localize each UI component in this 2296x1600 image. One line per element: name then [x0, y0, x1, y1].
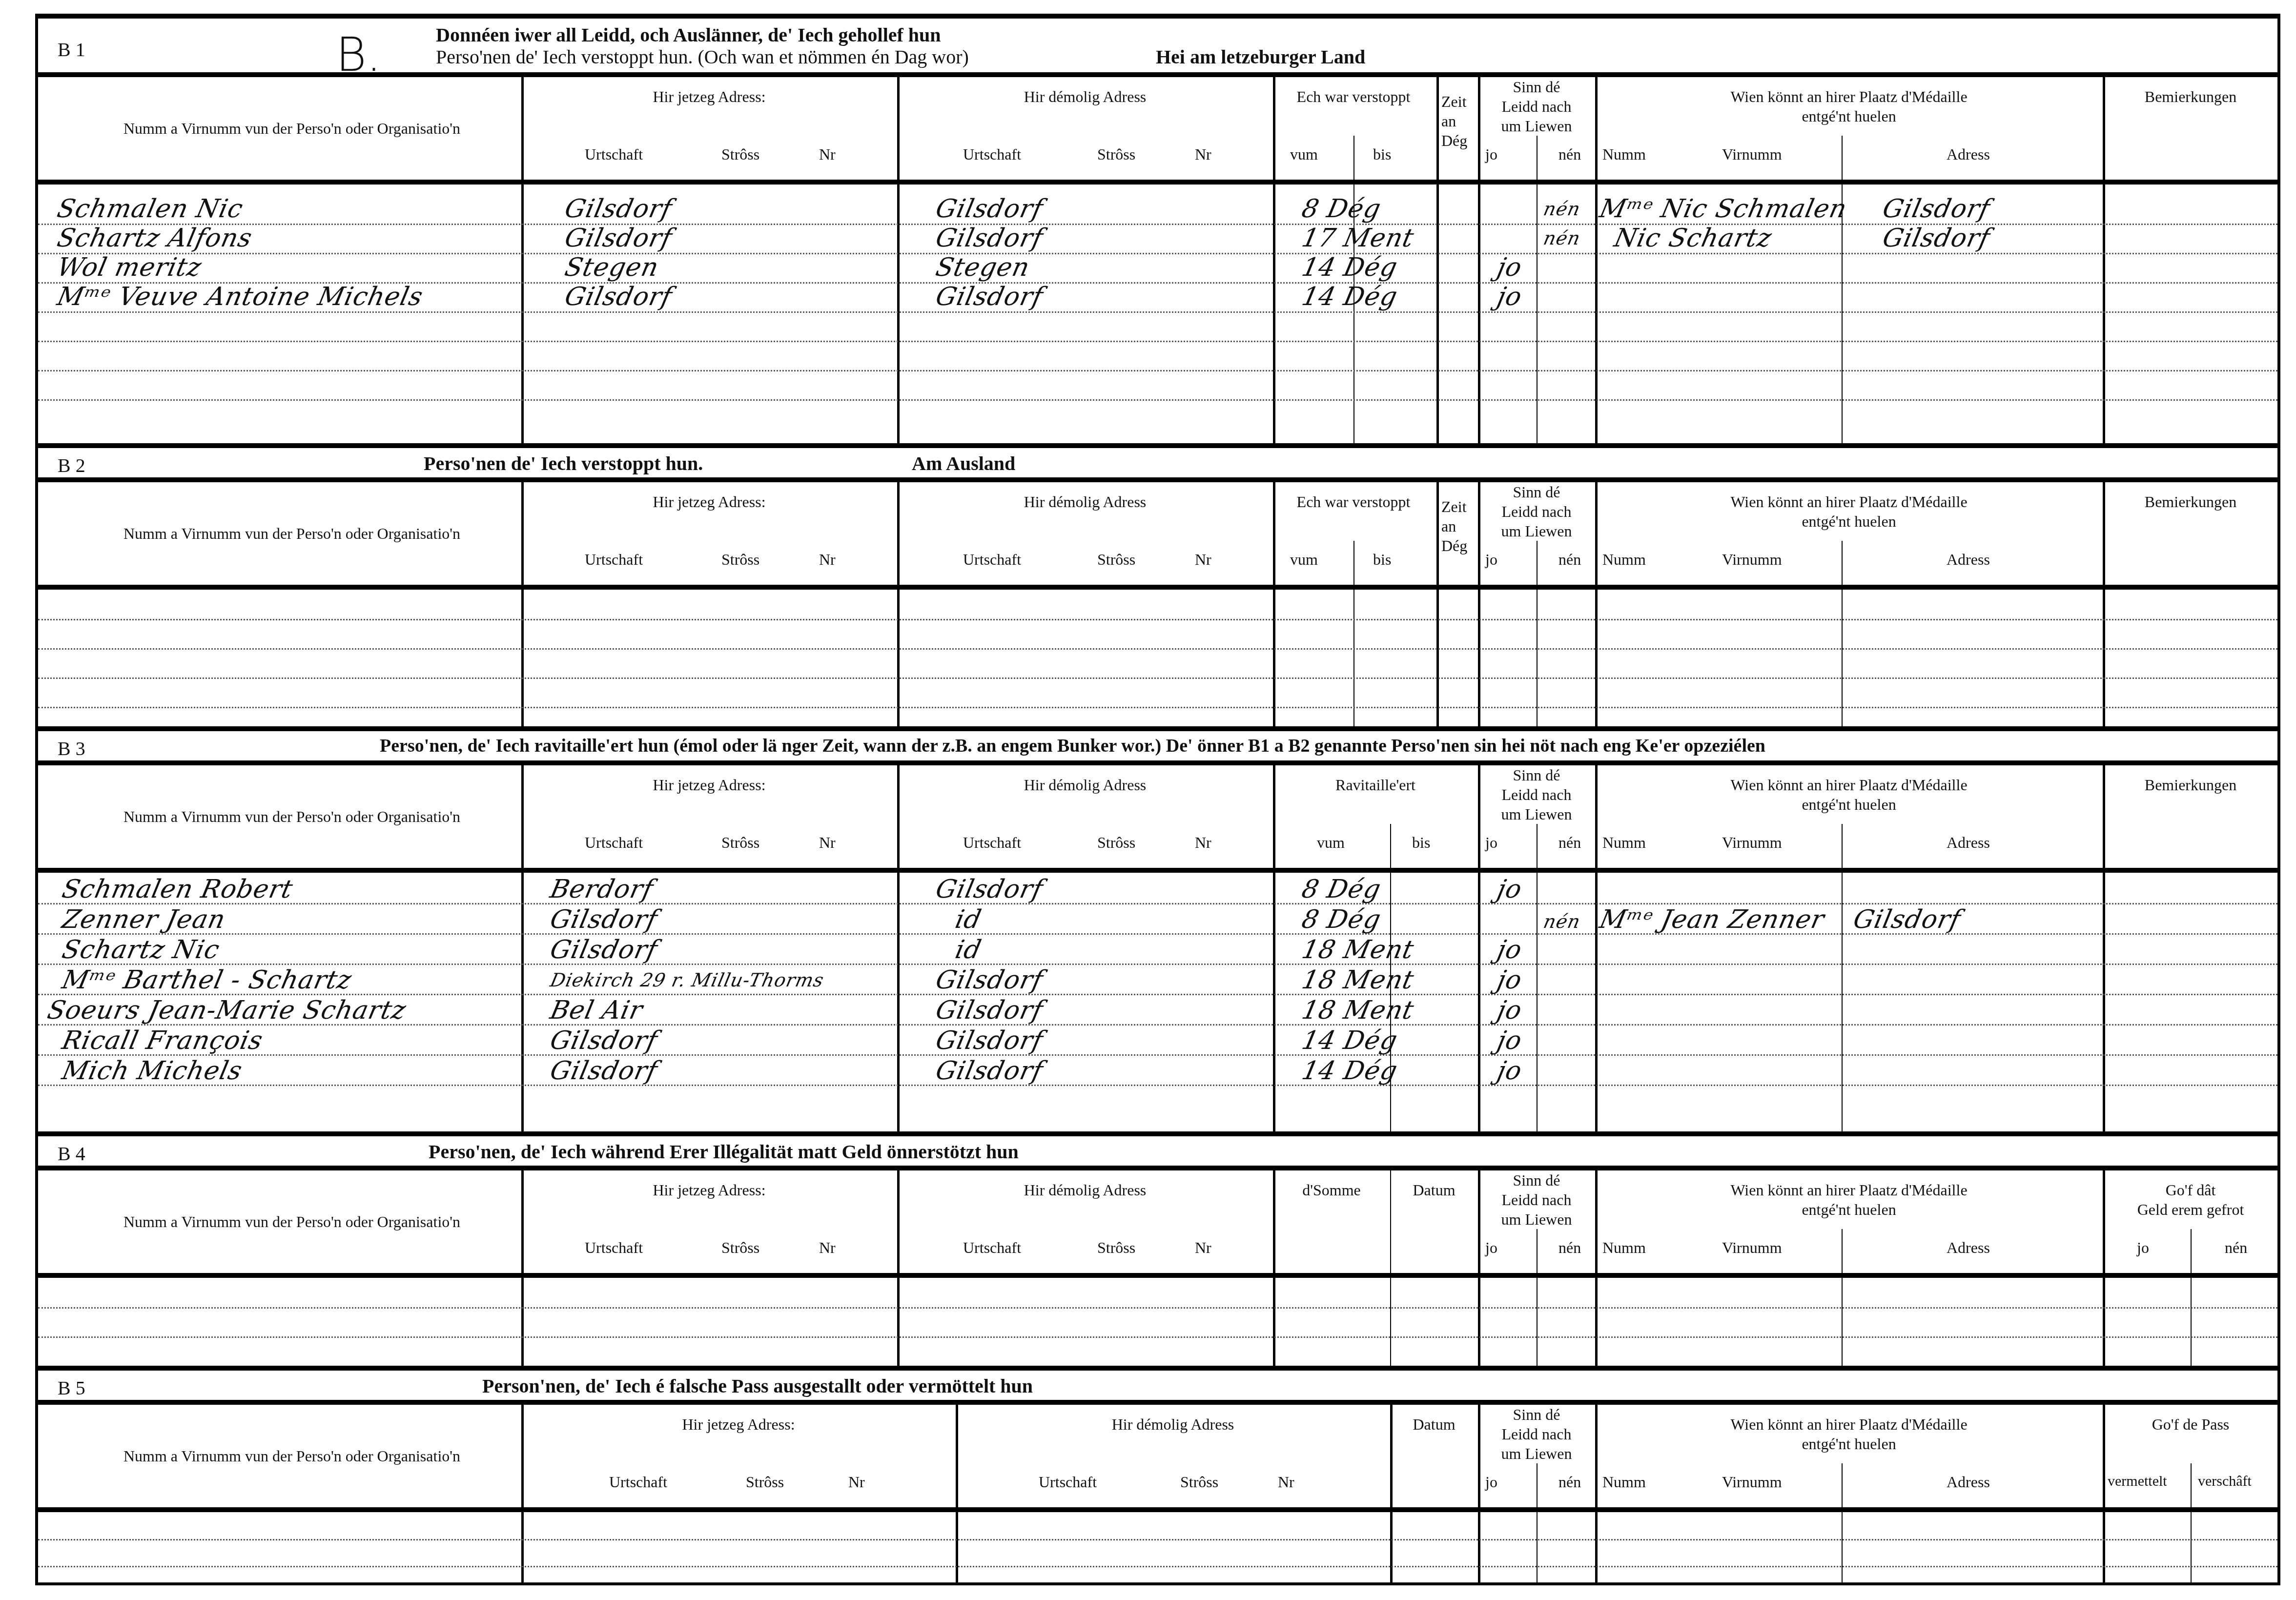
divider — [1842, 541, 1843, 585]
b2-rows — [38, 590, 2277, 726]
sub-urtschaft: Urtschaft — [963, 1239, 1021, 1257]
cell-name: Zenner Jean — [60, 905, 228, 934]
sub-numm: Numm — [1602, 551, 1646, 569]
col-medal-header: Wien könnt an hirer Plaatz d'Médailleent… — [1595, 1415, 2103, 1454]
sub-urtschaft: Urtschaft — [585, 551, 643, 569]
sub-nr: Nr — [1195, 145, 1211, 164]
sub-urtschaft: Urtschaft — [585, 1239, 643, 1257]
col-name-header: Numm a Virnumm vun der Perso'n oder Orga… — [48, 1446, 536, 1466]
sub-virnumm: Virnumm — [1722, 1473, 1782, 1491]
sub-stross: Strôss — [721, 1239, 759, 1257]
sub-jo: jo — [1485, 1239, 1497, 1257]
divider — [1537, 1463, 1537, 1507]
section-b5: B 5 Person'nen, de' Iech é falsche Pass … — [38, 1366, 2277, 1585]
cell-from: 18 Ment — [1299, 996, 1417, 1025]
cell-current-town: Gilsdorf — [562, 194, 675, 224]
cell-current-town: Stegen — [562, 253, 662, 282]
b1-rows: Schmalen Nic Gilsdorf Gilsdorf 8 Dég nén… — [38, 185, 2277, 443]
section-title: Perso'nen, de' Iech ravitaille'ert hun (… — [380, 735, 1765, 757]
section-b3: B 3 Perso'nen, de' Iech ravitaille'ert h… — [38, 726, 2277, 1131]
section-title-region: Am Ausland — [912, 452, 1015, 475]
cell-medal-name: Mᵐᵉ Nic Schmalen — [1597, 194, 1850, 224]
sub-jo: jo — [2137, 1239, 2149, 1257]
col-remarks-header: Bemierkungen — [2103, 87, 2278, 106]
divider — [1842, 1229, 1843, 1273]
sub-urtschaft: Urtschaft — [1039, 1473, 1097, 1491]
sub-adress: Adress — [1947, 1239, 1990, 1257]
cell-former-town: id — [953, 935, 984, 964]
col-sum-header: d'Somme — [1273, 1180, 1390, 1200]
cell-medal-name: Nic Schartz — [1612, 224, 1775, 253]
sub-nen: nén — [1558, 834, 1581, 852]
cell-current-town: Gilsdorf — [548, 905, 660, 934]
divider — [1353, 136, 1354, 180]
cell-from: 18 Ment — [1299, 935, 1417, 964]
col-medal-header: Wien könnt an hirer Plaatz d'Médailleent… — [1595, 1180, 2103, 1219]
cell-from: 14 Dég — [1299, 282, 1400, 311]
sub-bis: bis — [1373, 551, 1391, 569]
cell-name: Mᵐᵉ Veuve Antoine Michels — [55, 282, 426, 311]
sub-stross: Strôss — [721, 551, 759, 569]
sub-vum: vum — [1290, 551, 1318, 569]
sub-stross: Strôss — [1180, 1473, 1218, 1491]
col-supplied-header: Ravitaille'ert — [1273, 775, 1478, 795]
section-b2: B 2 Perso'nen de' Iech verstoppt hun. Am… — [38, 443, 2277, 726]
section-code: B 1 — [58, 38, 85, 61]
col-current-address-header: Hir jetzeg Adress: — [521, 775, 897, 795]
cell-alive-jo: jo — [1495, 1026, 1525, 1055]
cell-from: 17 Ment — [1299, 224, 1417, 253]
cell-medal-address: Gilsdorf — [1851, 905, 1964, 934]
sub-pass-obtained: verschâft — [2198, 1473, 2252, 1490]
b3-header-row: Numm a Virnumm vun der Perso'n oder Orga… — [38, 760, 2277, 873]
sub-stross: Strôss — [746, 1473, 784, 1491]
cell-current-town: Diekirch 29 r. Millu-Thorms — [548, 969, 826, 991]
sub-jo: jo — [1485, 1473, 1497, 1491]
divider — [1390, 824, 1391, 868]
cell-name: Schmalen Nic — [55, 194, 246, 224]
col-current-address-header: Hir jetzeg Adress: — [521, 492, 897, 512]
cell-name: Schartz Alfons — [55, 224, 255, 253]
section-b3-title-bar: B 3 Perso'nen, de' Iech ravitaille'ert h… — [38, 726, 2277, 760]
sub-nen: nén — [1558, 145, 1581, 164]
cell-alive-jo: jo — [1495, 935, 1525, 964]
sub-virnumm: Virnumm — [1722, 145, 1782, 164]
cell-former-town: Gilsdorf — [933, 1056, 1046, 1086]
divider — [1537, 541, 1537, 585]
sub-stross: Strôss — [721, 834, 759, 852]
divider — [1842, 824, 1843, 868]
sub-adress: Adress — [1947, 551, 1990, 569]
sub-adress: Adress — [1947, 1473, 1990, 1491]
cell-former-town: Gilsdorf — [933, 224, 1046, 253]
sub-virnumm: Virnumm — [1722, 834, 1782, 852]
sub-bis: bis — [1412, 834, 1430, 852]
cell-current-town: Gilsdorf — [562, 224, 675, 253]
cell-from: 18 Ment — [1299, 965, 1417, 995]
cell-former-town: Gilsdorf — [933, 194, 1046, 224]
sub-nr: Nr — [819, 834, 836, 852]
section-title-line2: Perso'nen de' Iech verstoppt hun. (Och w… — [436, 45, 969, 68]
sub-stross: Strôss — [1097, 834, 1135, 852]
sub-stross: Strôss — [1097, 1239, 1135, 1257]
sub-nen: nén — [1558, 551, 1581, 569]
cell-name: Soeurs Jean-Marie Schartz — [45, 996, 409, 1025]
cell-alive-jo: jo — [1495, 282, 1525, 311]
section-title: Person'nen, de' Iech é falsche Pass ausg… — [482, 1374, 1033, 1397]
sub-numm: Numm — [1602, 1473, 1646, 1491]
cell-medal-address: Gilsdorf — [1880, 224, 1993, 253]
sub-jo: jo — [1485, 145, 1497, 164]
section-code: B 3 — [58, 737, 85, 760]
cell-name: Schmalen Robert — [60, 875, 296, 904]
sub-nr: Nr — [1195, 551, 1211, 569]
cell-former-town: Gilsdorf — [933, 996, 1046, 1025]
col-money-header: Go'f dâtGeld erem gefrot — [2103, 1180, 2278, 1219]
sub-virnumm: Virnumm — [1722, 551, 1782, 569]
section-title: Perso'nen, de' Iech während Erer Illégal… — [429, 1140, 1019, 1163]
col-hidden-header: Ech war verstoppt — [1273, 87, 1434, 106]
col-pass-header: Go'f de Pass — [2103, 1415, 2278, 1434]
sub-numm: Numm — [1602, 145, 1646, 164]
sub-nr: Nr — [848, 1473, 865, 1491]
cell-alive-nen: nén — [1541, 227, 1582, 249]
b2-header-row: Numm a Virnumm vun der Perso'n oder Orga… — [38, 477, 2277, 590]
col-remarks-header: Bemierkungen — [2103, 775, 2278, 795]
col-name-header: Numm a Virnumm vun der Perso'n oder Orga… — [48, 807, 536, 826]
cell-alive-nen: nén — [1541, 198, 1582, 220]
divider — [2191, 1463, 2192, 1507]
col-remarks-header: Bemierkungen — [2103, 492, 2278, 512]
col-date-header: Datum — [1390, 1415, 1478, 1434]
sub-nr: Nr — [1278, 1473, 1294, 1491]
cell-from: 8 Dég — [1299, 194, 1384, 224]
section-title: Perso'nen de' Iech verstoppt hun. — [424, 452, 703, 475]
sub-numm: Numm — [1602, 1239, 1646, 1257]
sub-stross: Strôss — [721, 145, 759, 164]
sub-numm: Numm — [1602, 834, 1646, 852]
cell-from: 8 Dég — [1299, 875, 1384, 904]
cell-alive-jo: jo — [1495, 996, 1525, 1025]
cell-alive-jo: jo — [1495, 1056, 1525, 1086]
col-current-address-header: Hir jetzeg Adress: — [521, 1415, 956, 1434]
sub-nr: Nr — [1195, 834, 1211, 852]
cell-current-town: Gilsdorf — [562, 282, 675, 311]
b5-header-row: Numm a Virnumm vun der Perso'n oder Orga… — [38, 1400, 2277, 1512]
sub-nen: nén — [2225, 1239, 2247, 1257]
col-alive-header: Sinn déLeidd nachum Liewen — [1478, 482, 1595, 541]
col-former-address-header: Hir démolig Adress — [897, 492, 1273, 512]
section-code: B 2 — [58, 454, 85, 477]
cell-former-town: Gilsdorf — [933, 875, 1046, 904]
divider — [1353, 541, 1354, 585]
col-name-header: Numm a Virnumm vun der Perso'n oder Orga… — [48, 1212, 536, 1231]
col-former-address-header: Hir démolig Adress — [897, 775, 1273, 795]
cell-from: 14 Dég — [1299, 1056, 1400, 1086]
cell-alive-nen: nén — [1541, 911, 1582, 932]
b1-header-row: Numm a Virnumm vun der Perso'n oder Orga… — [38, 72, 2277, 185]
col-current-address-header: Hir jetzeg Adress: — [521, 87, 897, 106]
sub-stross: Strôss — [1097, 551, 1135, 569]
cell-alive-jo: jo — [1495, 253, 1525, 282]
sub-jo: jo — [1485, 834, 1497, 852]
sub-bis: bis — [1373, 145, 1391, 164]
sub-nr: Nr — [1195, 1239, 1211, 1257]
sub-nr: Nr — [819, 1239, 836, 1257]
sub-nr: Nr — [819, 145, 836, 164]
cell-current-town: Gilsdorf — [548, 935, 660, 964]
sub-nen: nén — [1558, 1239, 1581, 1257]
section-b1: B 1 B. Donnéen iwer all Leidd, och Auslä… — [38, 14, 2277, 443]
section-b5-title-bar: B 5 Person'nen, de' Iech é falsche Pass … — [38, 1366, 2277, 1400]
b4-rows — [38, 1278, 2277, 1366]
cell-name: Schartz Nic — [60, 935, 223, 964]
col-former-address-header: Hir démolig Adress — [897, 87, 1273, 106]
sub-urtschaft: Urtschaft — [585, 834, 643, 852]
section-b1-title-bar: B 1 B. Donnéen iwer all Leidd, och Auslä… — [38, 14, 2277, 72]
sub-nr: Nr — [819, 551, 836, 569]
section-code: B 4 — [58, 1142, 85, 1165]
b5-rows — [38, 1512, 2277, 1585]
divider — [1537, 136, 1537, 180]
col-name-header: Numm a Virnumm vun der Perso'n oder Orga… — [48, 119, 536, 138]
cell-current-town: Berdorf — [548, 875, 656, 904]
section-b4: B 4 Perso'nen, de' Iech während Erer Ill… — [38, 1131, 2277, 1366]
divider — [1842, 1463, 1843, 1507]
cell-from: 14 Dég — [1299, 1026, 1400, 1055]
sub-urtschaft: Urtschaft — [963, 834, 1021, 852]
sub-jo: jo — [1485, 551, 1497, 569]
section-b4-title-bar: B 4 Perso'nen, de' Iech während Erer Ill… — [38, 1131, 2277, 1166]
sub-pass-arranged: vermettelt — [2108, 1473, 2167, 1490]
sub-urtschaft: Urtschaft — [963, 145, 1021, 164]
col-medal-header: Wien könnt an hirer Plaatz d'Médailleent… — [1595, 775, 2103, 814]
cell-former-town: Gilsdorf — [933, 965, 1046, 995]
divider — [1537, 1229, 1537, 1273]
b4-header-row: Numm a Virnumm vun der Perso'n oder Orga… — [38, 1166, 2277, 1278]
col-former-address-header: Hir démolig Adress — [956, 1415, 1390, 1434]
col-date-header: Datum — [1390, 1180, 1478, 1200]
divider — [1842, 136, 1843, 180]
sub-vum: vum — [1317, 834, 1345, 852]
cell-former-town: id — [953, 905, 984, 934]
section-title-line1: Donnéen iwer all Leidd, och Auslänner, d… — [436, 23, 941, 46]
cell-medal-name: Mᵐᵉ Jean Zenner — [1597, 905, 1827, 934]
cell-name: Wol meritz — [55, 253, 205, 282]
sub-adress: Adress — [1947, 834, 1990, 852]
cell-name: Ricall François — [60, 1026, 266, 1055]
divider — [1436, 482, 1439, 585]
col-medal-header: Wien könnt an hirer Plaatz d'Médailleent… — [1595, 492, 2103, 531]
cell-name: Mᵐᵉ Barthel - Schartz — [60, 965, 354, 995]
divider — [1537, 824, 1537, 868]
cell-former-town: Stegen — [933, 253, 1033, 282]
cell-medal-address: Gilsdorf — [1880, 194, 1993, 224]
section-b2-title-bar: B 2 Perso'nen de' Iech verstoppt hun. Am… — [38, 443, 2277, 477]
sub-stross: Strôss — [1097, 145, 1135, 164]
cell-alive-jo: jo — [1495, 965, 1525, 995]
divider — [2191, 1229, 2192, 1273]
section-code: B 5 — [58, 1376, 85, 1399]
b3-rows: Schmalen Robert Berdorf Gilsdorf 8 Dég j… — [38, 873, 2277, 1131]
col-former-address-header: Hir démolig Adress — [897, 1180, 1273, 1200]
sub-urtschaft: Urtschaft — [609, 1473, 667, 1491]
cell-current-town: Gilsdorf — [548, 1026, 660, 1055]
sub-virnumm: Virnumm — [1722, 1239, 1782, 1257]
sub-adress: Adress — [1947, 145, 1990, 164]
sub-urtschaft: Urtschaft — [585, 145, 643, 164]
col-hidden-header: Ech war verstoppt — [1273, 492, 1434, 512]
cell-from: 14 Dég — [1299, 253, 1400, 282]
section-title-region: Hei am letzeburger Land — [1156, 45, 1365, 68]
divider — [1436, 77, 1439, 180]
cell-from: 8 Dég — [1299, 905, 1384, 934]
col-days-header: ZeitanDég — [1441, 92, 1480, 150]
cell-current-town: Bel Air — [548, 996, 646, 1025]
col-medal-header: Wien könnt an hirer Plaatz d'Médailleent… — [1595, 87, 2103, 126]
sub-urtschaft: Urtschaft — [963, 551, 1021, 569]
col-days-header: ZeitanDég — [1441, 497, 1480, 555]
cell-former-town: Gilsdorf — [933, 1026, 1046, 1055]
form-page: B 1 B. Donnéen iwer all Leidd, och Auslä… — [35, 14, 2280, 1585]
col-alive-header: Sinn déLeidd nachum Liewen — [1478, 1405, 1595, 1463]
sub-vum: vum — [1290, 145, 1318, 164]
cell-current-town: Gilsdorf — [548, 1056, 660, 1086]
cell-former-town: Gilsdorf — [933, 282, 1046, 311]
cell-name: Mich Michels — [60, 1056, 245, 1086]
col-alive-header: Sinn déLeidd nachum Liewen — [1478, 77, 1595, 136]
cell-alive-jo: jo — [1495, 875, 1525, 904]
col-name-header: Numm a Virnumm vun der Perso'n oder Orga… — [48, 524, 536, 543]
col-current-address-header: Hir jetzeg Adress: — [521, 1180, 897, 1200]
col-alive-header: Sinn déLeidd nachum Liewen — [1478, 1170, 1595, 1229]
col-alive-header: Sinn déLeidd nachum Liewen — [1478, 765, 1595, 824]
sub-nen: nén — [1558, 1473, 1581, 1491]
